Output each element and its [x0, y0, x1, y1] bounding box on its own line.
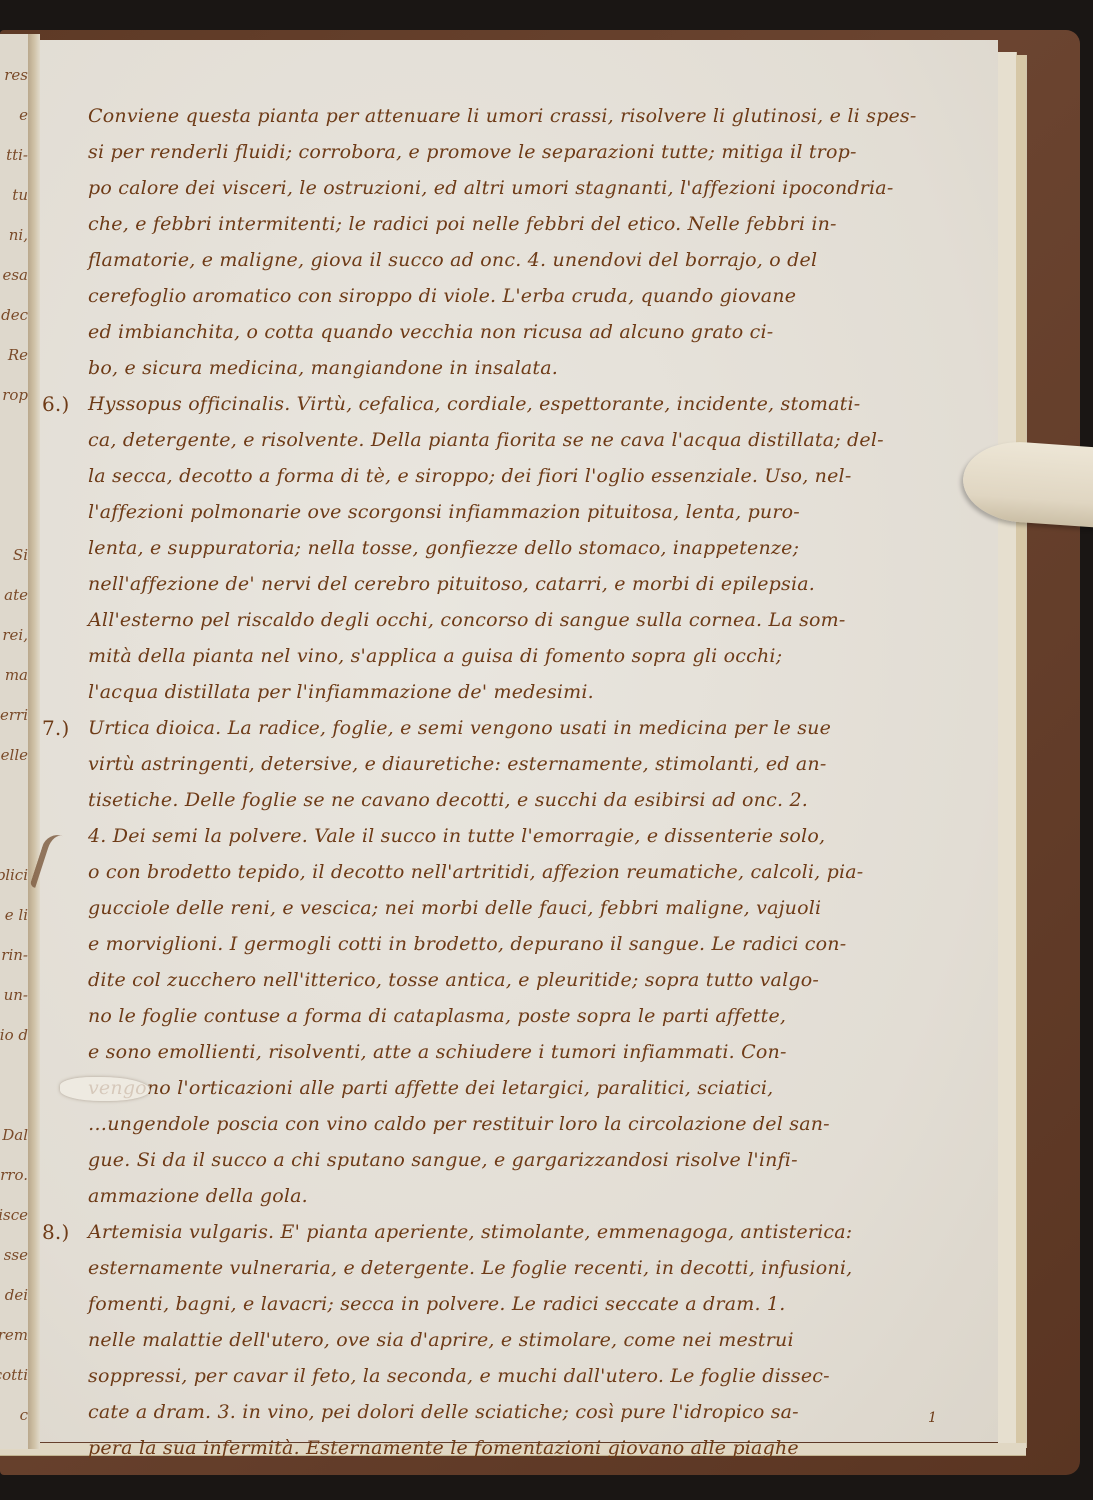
book-gutter: [28, 34, 40, 1449]
line-text: ed imbianchita, o cotta quando vecchia n…: [88, 321, 773, 343]
facing-page-text-fragment: risce: [0, 1206, 28, 1224]
manuscript-line: nelle malattie dell'utero, ove sia d'apr…: [88, 1322, 988, 1358]
section-number-marker: 7.): [42, 710, 70, 746]
facing-page-text-fragment: res: [4, 66, 28, 84]
line-text: bo, e sicura medicina, mangiandone in in…: [88, 357, 558, 379]
facing-page-text-fragment: dei: [5, 1286, 28, 1304]
manuscript-line: no le foglie contuse a forma di cataplas…: [88, 998, 988, 1034]
manuscript-line: cate a dram. 3. in vino, pei dolori dell…: [88, 1394, 988, 1430]
line-text: tisetiche. Delle foglie se ne cavano dec…: [88, 789, 808, 811]
manuscript-line: …ungendole poscia con vino caldo per res…: [88, 1106, 988, 1142]
line-text: e sono emollienti, risolventi, atte a sc…: [88, 1041, 787, 1063]
line-text: nell'affezione de' nervi del cerebro pit…: [88, 573, 815, 595]
manuscript-line: cerefoglio aromatico con siroppo di viol…: [88, 278, 988, 314]
line-text: esternamente vulneraria, e detergente. L…: [88, 1257, 852, 1279]
section-number-marker: 6.): [42, 386, 70, 422]
facing-page-text-fragment: rro.: [0, 1166, 28, 1184]
line-text: che, e febbri intermitenti; le radici po…: [88, 213, 837, 235]
manuscript-line: e sono emollienti, risolventi, atte a sc…: [88, 1034, 988, 1070]
manuscript-line: si per renderli fluidi; corrobora, e pro…: [88, 134, 988, 170]
facing-page-text-fragment: dec: [1, 306, 28, 324]
facing-page-text-fragment: a sse: [0, 1246, 28, 1264]
line-text: po calore dei visceri, le ostruzioni, ed…: [88, 177, 893, 199]
manuscript-line: la secca, decotto a forma di tè, e sirop…: [88, 458, 988, 494]
facing-page-text-fragment: ecotti: [0, 1366, 28, 1384]
line-text: Conviene questa pianta per attenuare li …: [88, 105, 916, 127]
manuscript-line: l'acqua distillata per l'infiammazione d…: [88, 674, 988, 710]
facing-page-text-fragment: ni,: [9, 226, 28, 244]
facing-page-text-fragment: io d: [0, 1026, 28, 1044]
facing-page-text-fragment: Dal: [2, 1126, 28, 1144]
line-text: l'affezioni polmonarie ove scorgonsi inf…: [88, 501, 800, 523]
facing-page-text-fragment: esa: [2, 266, 28, 284]
manuscript-line: ca, detergente, e risolvente. Della pian…: [88, 422, 988, 458]
facing-page-text-fragment: c: [20, 1406, 28, 1424]
line-text: flamatorie, e maligne, giova il succo ad…: [88, 249, 817, 271]
page-number: 1: [928, 1410, 937, 1426]
manuscript-line: 6.)Hyssopus officinalis. Virtù, cefalica…: [88, 386, 988, 422]
manuscript-line: o con brodetto tepido, il decotto nell'a…: [88, 854, 988, 890]
manuscript-line: l'affezioni polmonarie ove scorgonsi inf…: [88, 494, 988, 530]
manuscript-line: All'esterno pel riscaldo degli occhi, co…: [88, 602, 988, 638]
manuscript-line: gue. Si da il succo a chi sputano sangue…: [88, 1142, 988, 1178]
facing-page-text-fragment: rei,: [2, 626, 28, 644]
manuscript-text: Conviene questa pianta per attenuare li …: [88, 98, 988, 1466]
page-block-edge-inner: [1016, 55, 1027, 1448]
facing-page-strip: resetti-tuni,esadecReropSiaterei,maerrie…: [0, 34, 30, 1449]
line-text: gucciole delle reni, e vescica; nei morb…: [88, 897, 821, 919]
manuscript-line: che, e febbri intermitenti; le radici po…: [88, 206, 988, 242]
facing-page-text-fragment: Si: [13, 546, 28, 564]
line-text: cate a dram. 3. in vino, pei dolori dell…: [88, 1401, 799, 1423]
line-text: dite col zucchero nell'itterico, tosse a…: [88, 969, 819, 991]
line-text: virtù astringenti, detersive, e diaureti…: [88, 753, 826, 775]
manuscript-line: dite col zucchero nell'itterico, tosse a…: [88, 962, 988, 998]
facing-page-text-fragment: erri: [0, 706, 28, 724]
line-text: e morviglioni. I germogli cotti in brode…: [88, 933, 846, 955]
manuscript-page: Conviene questa pianta per attenuare li …: [40, 40, 998, 1442]
facing-page-text-fragment: e li: [5, 906, 28, 924]
line-text: o con brodetto tepido, il decotto nell'a…: [88, 861, 863, 883]
section-number-marker: 8.): [42, 1214, 70, 1250]
manuscript-line: 4. Dei semi la polvere. Vale il succo in…: [88, 818, 988, 854]
line-text: Hyssopus officinalis. Virtù, cefalica, c…: [88, 393, 860, 415]
line-text: gue. Si da il succo a chi sputano sangue…: [88, 1149, 798, 1171]
line-text: si per renderli fluidi; corrobora, e pro…: [88, 141, 857, 163]
manuscript-line: fomenti, bagni, e lavacri; secca in polv…: [88, 1286, 988, 1322]
facing-page-text-fragment: rop: [2, 386, 28, 404]
facing-page-text-fragment: rin-: [1, 946, 28, 964]
page-block-edge: [998, 52, 1017, 1452]
manuscript-line: 7.)Urtica dioica. La radice, foglie, e s…: [88, 710, 988, 746]
manuscript-line: tisetiche. Delle foglie se ne cavano dec…: [88, 782, 988, 818]
facing-page-text-fragment: un-: [4, 986, 28, 1004]
manuscript-line: ammazione della gola.: [88, 1178, 988, 1214]
manuscript-line: lenta, e suppuratoria; nella tosse, gonf…: [88, 530, 988, 566]
manuscript-line: pera la sua infermità. Esternamente le f…: [88, 1430, 988, 1466]
line-text: pera la sua infermità. Esternamente le f…: [88, 1437, 799, 1459]
line-text: soppressi, per cavar il feto, la seconda…: [88, 1365, 830, 1387]
manuscript-line: vengono l'orticazioni alle parti affette…: [88, 1070, 988, 1106]
facing-page-text-fragment: ma: [5, 666, 28, 684]
facing-page-text-fragment: e: [19, 106, 28, 124]
line-text: no le foglie contuse a forma di cataplas…: [88, 1005, 786, 1027]
line-text: la secca, decotto a forma di tè, e sirop…: [88, 465, 851, 487]
manuscript-line: esternamente vulneraria, e detergente. L…: [88, 1250, 988, 1286]
facing-page-text-fragment: ate: [4, 586, 28, 604]
manuscript-line: bo, e sicura medicina, mangiandone in in…: [88, 350, 988, 386]
facing-page-text-fragment: Re: [8, 346, 28, 364]
line-text: Artemisia vulgaris. E' pianta aperiente,…: [88, 1221, 852, 1243]
line-text: 4. Dei semi la polvere. Vale il succo in…: [88, 825, 825, 847]
line-text: vengono l'orticazioni alle parti affette…: [88, 1077, 773, 1099]
manuscript-line: ed imbianchita, o cotta quando vecchia n…: [88, 314, 988, 350]
manuscript-line: soppressi, per cavar il feto, la seconda…: [88, 1358, 988, 1394]
manuscript-line: nell'affezione de' nervi del cerebro pit…: [88, 566, 988, 602]
facing-page-text-fragment: elle: [1, 746, 28, 764]
manuscript-line: Conviene questa pianta per attenuare li …: [88, 98, 988, 134]
line-text: mità della pianta nel vino, s'applica a …: [88, 645, 782, 667]
line-text: fomenti, bagni, e lavacri; secca in polv…: [88, 1293, 785, 1315]
line-text: nelle malattie dell'utero, ove sia d'apr…: [88, 1329, 794, 1351]
line-text: Urtica dioica. La radice, foglie, e semi…: [88, 717, 831, 739]
facing-page-text-fragment: plici: [0, 866, 28, 884]
manuscript-line: e morviglioni. I germogli cotti in brode…: [88, 926, 988, 962]
manuscript-line: gucciole delle reni, e vescica; nei morb…: [88, 890, 988, 926]
line-text: lenta, e suppuratoria; nella tosse, gonf…: [88, 537, 799, 559]
facing-page-text-fragment: rrem: [0, 1326, 28, 1344]
line-text: All'esterno pel riscaldo degli occhi, co…: [88, 609, 846, 631]
line-text: ammazione della gola.: [88, 1185, 308, 1207]
paper-tear-stain: [60, 1077, 150, 1101]
line-text: ca, detergente, e risolvente. Della pian…: [88, 429, 884, 451]
manuscript-line: mità della pianta nel vino, s'applica a …: [88, 638, 988, 674]
manuscript-line: virtù astringenti, detersive, e diaureti…: [88, 746, 988, 782]
facing-page-text-fragment: tu: [12, 186, 28, 204]
manuscript-line: 8.)Artemisia vulgaris. E' pianta aperien…: [88, 1214, 988, 1250]
line-text: cerefoglio aromatico con siroppo di viol…: [88, 285, 796, 307]
facing-page-text-fragment: tti-: [6, 146, 28, 164]
manuscript-line: po calore dei visceri, le ostruzioni, ed…: [88, 170, 988, 206]
manuscript-line: flamatorie, e maligne, giova il succo ad…: [88, 242, 988, 278]
line-text: …ungendole poscia con vino caldo per res…: [88, 1113, 830, 1135]
line-text: l'acqua distillata per l'infiammazione d…: [88, 681, 594, 703]
